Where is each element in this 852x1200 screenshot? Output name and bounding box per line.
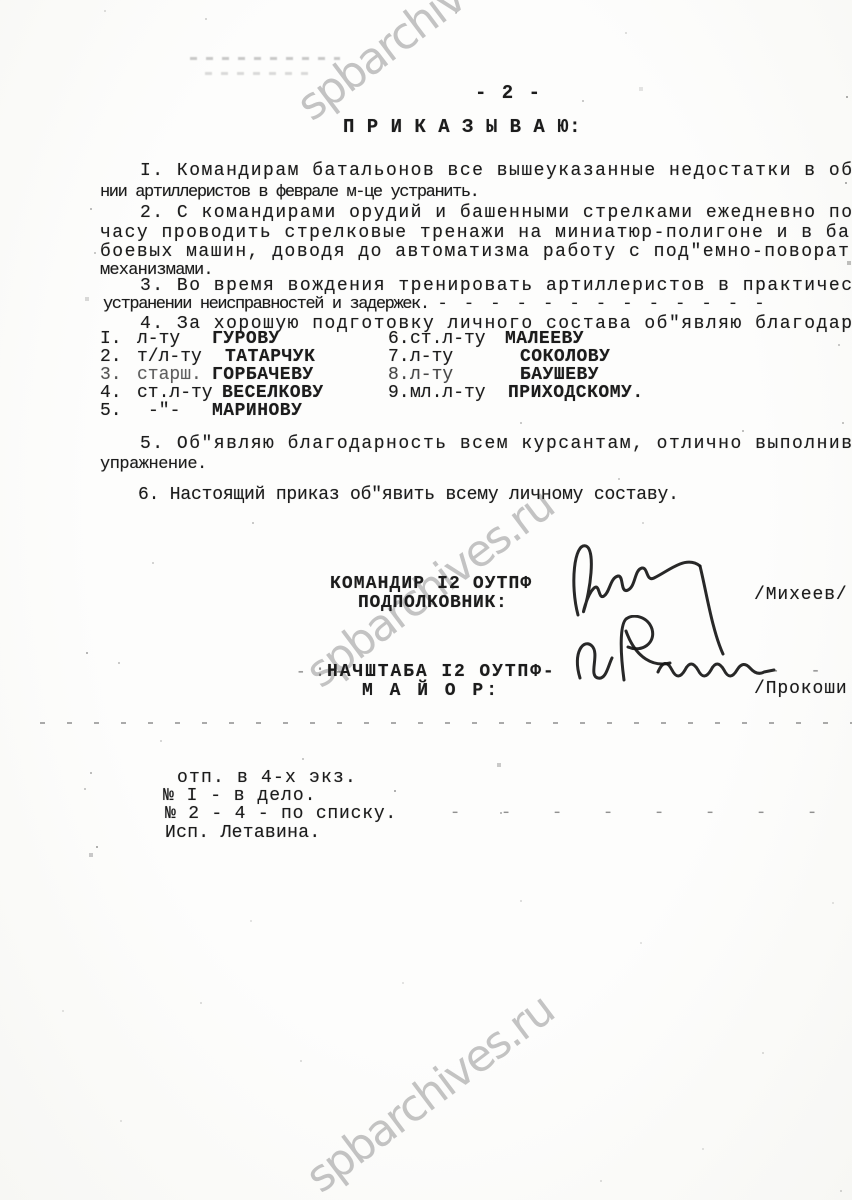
order-line: 3. Во время вождения тренировать артилле… — [140, 277, 852, 296]
commander-position-line1: КОМАНДИР I2 ОУТПФ — [330, 575, 532, 594]
order-title: П Р И К А З Ы В А Ю: — [343, 118, 581, 138]
archive-watermark: spbarchives.ru — [288, 0, 554, 131]
dash-artifact: - - - - - - - - — [450, 805, 817, 823]
surname: МАРИНОВУ — [212, 402, 302, 421]
order-line: часу проводить стрелковые тренажи на мин… — [100, 224, 850, 243]
executor-note: Исп. Летавина. — [165, 824, 320, 843]
surname: ПРИХОДСКОМУ. — [508, 384, 644, 403]
chief-of-staff-signature-scribble — [540, 615, 795, 710]
chief-of-staff-position-line1: НАЧШТАБА I2 ОУТПФ- — [327, 663, 556, 682]
order-line: упражнение. — [100, 456, 207, 474]
order-line: нии артиллеристов в феврале м-це устрани… — [100, 184, 478, 202]
dash-artifact: - : - — [296, 664, 344, 681]
scan-smudge — [205, 72, 315, 75]
scan-dotted-rule — [40, 722, 852, 724]
scan-noise-specks — [0, 0, 2, 2]
scanned-order-page: spbarchives.ru spbarchives.ru spbarchive… — [0, 0, 852, 1200]
order-line: 5. Об"являю благодарность всем курсантам… — [140, 435, 852, 454]
chief-of-staff-rank-line: М А Й О Р: — [362, 682, 500, 701]
order-line: I. Командирам батальонов все вышеуказанн… — [140, 162, 852, 181]
ditto-mark: -"- — [148, 402, 180, 421]
rank: мл.л-ту — [410, 384, 486, 403]
archive-watermark: spbarchives.ru — [297, 984, 563, 1200]
order-line: устранении неисправностей и задержек. - … — [103, 296, 763, 314]
scan-smudge — [190, 57, 340, 60]
page-number: - 2 - — [475, 84, 542, 104]
commander-rank-line: ПОДПОЛКОВНИК: — [358, 594, 508, 613]
dash-artifact: - - - — [770, 663, 852, 680]
order-line: 2. С командирами орудий и башенными стре… — [140, 204, 852, 223]
order-line: боевых машин, доводя до автоматизма рабо… — [100, 243, 850, 262]
item-number: 9. — [388, 384, 410, 403]
item-number: 5. — [100, 402, 122, 421]
copies-2-4-note: № 2 - 4 - по списку. — [165, 805, 397, 824]
order-line: 6. Настоящий приказ об"явить всему лично… — [138, 486, 679, 505]
